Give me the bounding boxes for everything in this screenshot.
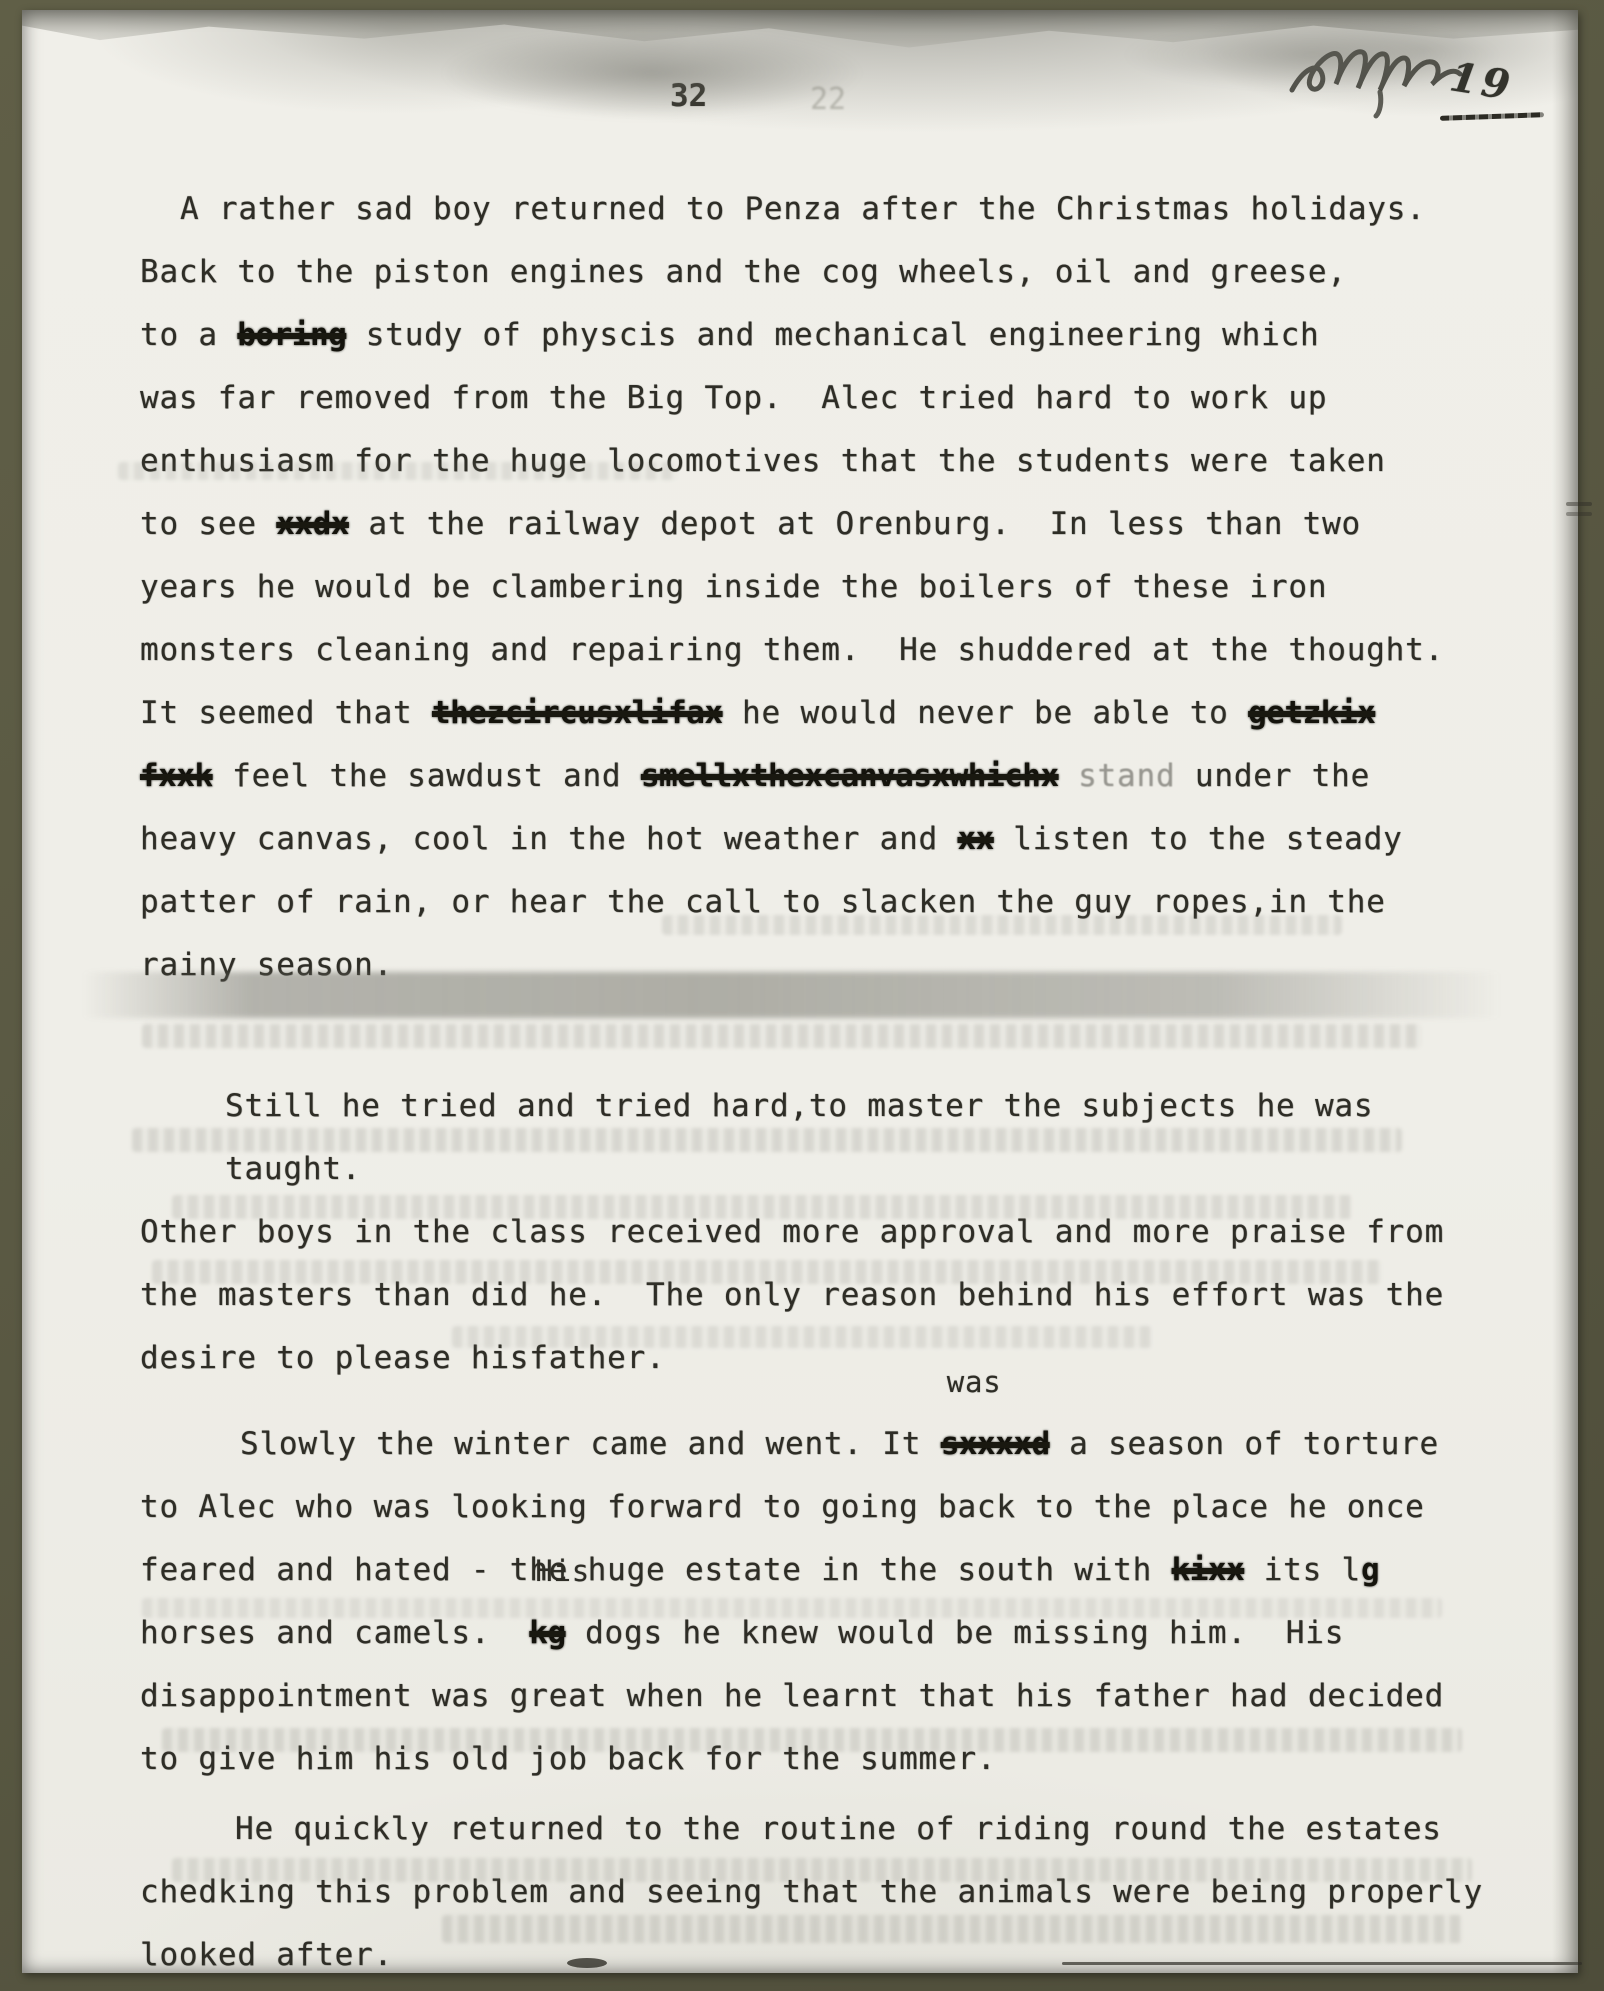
struck-out-text: kixx <box>1172 1552 1245 1588</box>
typewritten-line: feared and hated - the huge estate in th… <box>140 1539 1518 1602</box>
text-segment: enthusiasm for the huge locomotives that… <box>140 443 1386 479</box>
typewritten-line: heavy canvas, cool in the hot weather an… <box>140 808 1518 871</box>
text-segment: patter of rain, or hear the call to slac… <box>140 884 1386 920</box>
paragraph: A rather sad boy returned to Penza after… <box>140 178 1518 997</box>
struck-out-text: kg <box>529 1615 565 1651</box>
text-segment: A rather sad boy returned to Penza after… <box>180 191 1426 227</box>
inserted-word-above: was <box>947 1367 1002 1397</box>
text-segment: the masters than did he. The only reason… <box>140 1277 1444 1313</box>
text-segment: He quickly returned to the routine of ri… <box>235 1811 1442 1847</box>
text-segment: was far removed from the Big Top. Alec t… <box>140 380 1327 416</box>
text-segment: disappointment was great when he learnt … <box>140 1678 1444 1714</box>
typewritten-line: desire to please hisfather. <box>140 1327 1518 1390</box>
typewritten-line: He quickly returned to the routine of ri… <box>140 1798 1518 1861</box>
text-segment: to a <box>140 317 237 353</box>
typewritten-line: Still he tried and tried hard,to master … <box>140 1075 1518 1201</box>
typescript-body: A rather sad boy returned to Penza after… <box>22 10 1578 1987</box>
typewritten-line: monsters cleaning and repairing them. He… <box>140 619 1518 682</box>
typewritten-line: It seemed that thezcircusxlifax he would… <box>140 682 1518 745</box>
text-segment: feel the sawdust and <box>213 758 641 794</box>
typewritten-line: disappointment was great when he learnt … <box>140 1665 1518 1728</box>
typewritten-line: Other boys in the class received more ap… <box>140 1201 1518 1264</box>
typewritten-line: rainy season. <box>140 934 1518 997</box>
text-segment: at the railway depot at Orenburg. In les… <box>349 506 1361 542</box>
text-segment: years he would be clambering inside the … <box>140 569 1327 605</box>
text-segment: feared and hated - the huge estate in th… <box>140 1552 1172 1588</box>
struck-out-text: xxdx <box>276 506 349 542</box>
text-segment: looked after. <box>140 1937 393 1973</box>
typewritten-line: A rather sad boy returned to Penza after… <box>140 178 1518 241</box>
correction-group: wassxxxxd <box>941 1413 1050 1476</box>
text-segment <box>1059 758 1078 794</box>
struck-out-text: getzkix <box>1248 695 1375 731</box>
typewritten-line: to see xxdx at the railway depot at Oren… <box>140 493 1518 556</box>
paragraph: He quickly returned to the routine of ri… <box>140 1798 1518 1987</box>
typewritten-line: to give him his old job back for the sum… <box>140 1728 1518 1791</box>
text-segment: to give him his old job back for the sum… <box>140 1741 996 1777</box>
typewritten-line: patter of rain, or hear the call to slac… <box>140 871 1518 934</box>
typewritten-line: the masters than did he. The only reason… <box>140 1264 1518 1327</box>
typewritten-line: fxxk feel the sawdust and smellxthexcanv… <box>140 745 1518 808</box>
text-segment: Other boys in the class received more ap… <box>140 1214 1444 1250</box>
typewritten-line: enthusiasm for the huge locomotives that… <box>140 430 1518 493</box>
text-segment: desire to please hisfather. <box>140 1340 666 1376</box>
paragraph: Still he tried and tried hard,to master … <box>140 1075 1518 1390</box>
typewritten-line: chedking this problem and seeing that th… <box>140 1861 1518 1924</box>
text-segment: chedking this problem and seeing that th… <box>140 1874 1483 1910</box>
text-segment: monsters cleaning and repairing them. He… <box>140 632 1444 668</box>
text-segment: to see <box>140 506 276 542</box>
typewritten-line: was far removed from the Big Top. Alec t… <box>140 367 1518 430</box>
correction-group: Hiskg <box>529 1602 565 1665</box>
struck-out-text: fxxk <box>140 758 213 794</box>
text-segment: horses and camels. <box>140 1615 529 1651</box>
text-segment: a season of torture <box>1050 1426 1439 1462</box>
text-segment: It seemed that <box>140 695 432 731</box>
typewritten-line: horses and camels. Hiskg dogs he knew wo… <box>140 1602 1518 1665</box>
paragraph: Slowly the winter came and went. It wass… <box>140 1413 1518 1791</box>
struck-out-text: smellxthexcanvasxwhichx <box>641 758 1059 794</box>
inserted-word-above: His <box>535 1556 590 1586</box>
struck-out-text: xx <box>957 821 993 857</box>
text-segment: Still he tried and tried hard,to master … <box>225 1088 1393 1187</box>
typewritten-line: Back to the piston engines and the cog w… <box>140 241 1518 304</box>
text-segment: he would never be able to <box>723 695 1249 731</box>
scanned-typescript-page: 32 22 19 A rather sad boy returned to Pe… <box>0 0 1604 1991</box>
paper-sheet: 32 22 19 A rather sad boy returned to Pe… <box>22 10 1578 1973</box>
text-segment: to Alec who was looking forward to going… <box>140 1489 1425 1525</box>
typewritten-line: to a boring study of physcis and mechani… <box>140 304 1518 367</box>
text-segment: stand <box>1078 758 1175 794</box>
text-segment: Back to the piston engines and the cog w… <box>140 254 1347 290</box>
text-segment: Slowly the winter came and went. It <box>240 1426 941 1462</box>
text-segment: rainy season. <box>140 947 393 983</box>
typewritten-line: years he would be clambering inside the … <box>140 556 1518 619</box>
text-segment: dogs he knew would be missing him. His <box>566 1615 1345 1651</box>
typewritten-line: to Alec who was looking forward to going… <box>140 1476 1518 1539</box>
struck-out-text: boring <box>237 317 346 353</box>
struck-out-text: thezcircusxlifax <box>432 695 723 731</box>
struck-out-text: sxxxxd <box>941 1426 1050 1462</box>
typewritten-line: looked after. <box>140 1924 1518 1987</box>
text-segment: its l <box>1244 1552 1361 1588</box>
text-segment: study of physcis and mechanical engineer… <box>346 317 1319 353</box>
typewritten-line: Slowly the winter came and went. It wass… <box>140 1413 1518 1476</box>
text-segment: g <box>1361 1552 1380 1588</box>
text-segment: listen to the steady <box>994 821 1403 857</box>
text-segment: heavy canvas, cool in the hot weather an… <box>140 821 957 857</box>
text-segment: under the <box>1175 758 1370 794</box>
